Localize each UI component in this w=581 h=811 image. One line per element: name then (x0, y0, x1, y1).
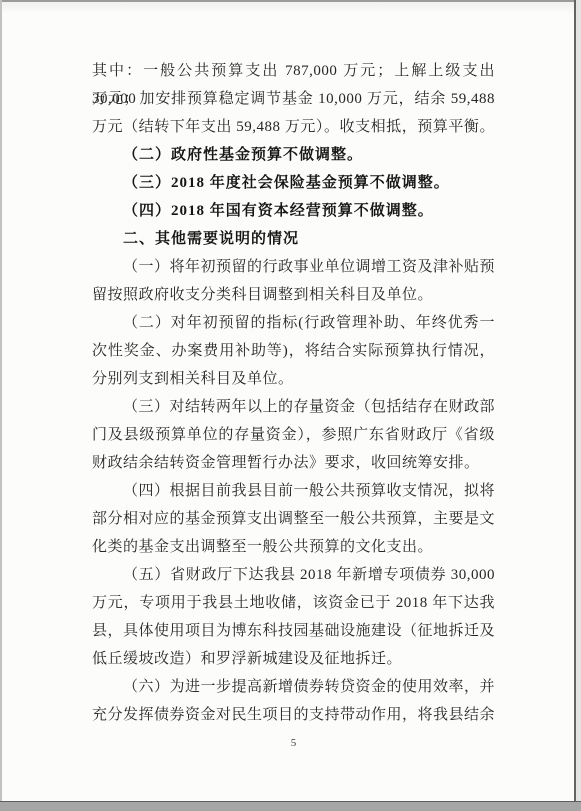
text-line: （五）省财政厅下达我县 2018 年新增专项债券 30,000 (92, 561, 495, 589)
text-line: 充分发挥债券资金对民生项目的支持带动作用，将我县结余 (92, 701, 495, 729)
text-line: 二、其他需要说明的情况 (92, 225, 495, 253)
text-line: （四）2018 年国有资本经营预算不做调整。 (92, 197, 495, 225)
scan-shading (0, 0, 581, 14)
text-line: 部分相对应的基金预算支出调整至一般公共预算，主要是文 (92, 505, 495, 533)
text-line: （三）2018 年度社会保险基金预算不做调整。 (92, 169, 495, 197)
text-line: 门及县级预算单位的存量资金），参照广东省财政厅《省级 (92, 421, 495, 449)
scan-edge-left (0, 0, 2, 811)
text-line: 财政结余结转资金管理暂行办法》要求，收回统筹安排。 (92, 449, 495, 477)
scan-edge-right (574, 0, 581, 811)
text-line: 低丘缓坡改造）和罗浮新城建设及征地拆迁。 (92, 645, 495, 673)
text-line: 化类的基金支出调整至一般公共预算的文化支出。 (92, 533, 495, 561)
text-line: 县，具体使用项目为博东科技园基础设施建设（征地拆迁及 (92, 617, 495, 645)
text-line: （二）政府性基金预算不做调整。 (92, 141, 495, 169)
text-line: 其中：一般公共预算支出 787,000 万元；上解上级支出 30,000 (92, 57, 495, 85)
text-line: 分别列支到相关科目及单位。 (92, 365, 495, 393)
document-body: 其中：一般公共预算支出 787,000 万元；上解上级支出 30,000万元；加… (92, 57, 495, 729)
text-line: （六）为进一步提高新增债券转贷资金的使用效率，并 (92, 673, 495, 701)
text-line: 万元（结转下年支出 59,488 万元）。收支相抵，预算平衡。 (92, 113, 495, 141)
text-line: 万元；加安排预算稳定调节基金 10,000 万元，结余 59,488 (92, 85, 495, 113)
text-line: （四）根据目前我县目前一般公共预算收支情况，拟将 (92, 477, 495, 505)
scan-edge-top (0, 0, 581, 2)
scan-edge-bottom (0, 801, 581, 811)
text-line: 次性奖金、办案费用补助等)，将结合实际预算执行情况， (92, 337, 495, 365)
page-number: 5 (92, 737, 495, 749)
text-line: 万元，专项用于我县土地收储，该资金已于 2018 年下达我 (92, 589, 495, 617)
text-line: （一）将年初预留的行政事业单位调增工资及津补贴预 (92, 253, 495, 281)
text-line: 留按照政府收支分类科目调整到相关科目及单位。 (92, 281, 495, 309)
scanned-document-page: 其中：一般公共预算支出 787,000 万元；上解上级支出 30,000万元；加… (0, 0, 581, 811)
text-line: （二）对年初预留的指标(行政管理补助、年终优秀一 (92, 309, 495, 337)
text-line: （三）对结转两年以上的存量资金（包括结存在财政部 (92, 393, 495, 421)
